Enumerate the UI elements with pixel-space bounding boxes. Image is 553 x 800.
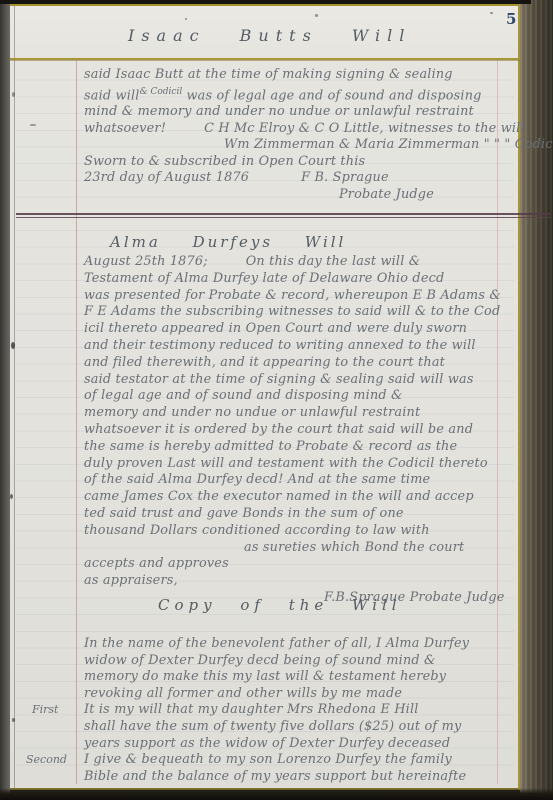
text-line-content: as appraisers, — [84, 573, 178, 588]
ink-speck — [10, 494, 13, 499]
text-line-content: F E Adams the subscribing witnesses to s… — [84, 304, 500, 319]
text-line: as appraisers, — [84, 573, 520, 590]
date-text: 23rd day of August 1876 — [84, 170, 249, 185]
text-line: came James Cox the executor named in the… — [84, 489, 520, 506]
ink-speck — [185, 18, 187, 20]
text-line: ted said trust and gave Bonds in the sum… — [84, 506, 520, 523]
text-line-content: revoking all former and other wills by m… — [84, 686, 402, 701]
text-line-content: came James Cox the executor named in the… — [84, 489, 474, 504]
text-line: Wm Zimmerman & Maria Zimmerman " " " Cod… — [84, 137, 520, 154]
date-text: August 25th 1876; — [84, 254, 208, 269]
text-line: memory and under no undue or unlawful re… — [84, 405, 520, 422]
text-line-content: was presented for Probate & record, wher… — [84, 288, 501, 303]
text-line: said Isaac Butt at the time of making si… — [84, 67, 520, 84]
ink-speck — [11, 342, 15, 349]
text-line-content: accepts and approves — [84, 556, 229, 571]
text-line: whatsoever it is ordered by the court th… — [84, 422, 520, 439]
book-binding-edge — [0, 0, 10, 800]
text-line-content: said testator at the time of signing & s… — [84, 372, 474, 387]
text-line: shall have the sum of twenty five dollar… — [84, 719, 520, 736]
text-line-content: whatsoever! — [84, 121, 166, 136]
ink-speck — [315, 14, 318, 17]
text-line: and filed therewith, and it appearing to… — [84, 355, 520, 372]
text-line-content: duly proven Last will and testament with… — [84, 456, 488, 471]
text-line-content: thousand Dollars conditioned according t… — [84, 523, 430, 538]
margin-note-second: Second — [26, 753, 67, 766]
text-line: of the said Alma Durfey decd! And at the… — [84, 472, 520, 489]
text-line: 23rd day of August 1876F B. Sprague — [84, 170, 520, 187]
text-line: as sureties which Bond the court — [84, 540, 520, 557]
text-line: widow of Dexter Durfey decd being of sou… — [84, 653, 520, 670]
codicil-witnesses-note: Wm Zimmerman & Maria Zimmerman " " " Cod… — [224, 137, 553, 152]
text-line: memory do make this my last will & testa… — [84, 669, 520, 686]
text-line: whatsoever!C H Mc Elroy & C O Little, wi… — [84, 121, 520, 138]
text-line-content: I give & bequeath to my son Lorenzo Durf… — [84, 752, 452, 767]
section1-title: Isaac Butts Will — [128, 26, 411, 45]
text-line: It is my will that my daughter Mrs Rhedo… — [84, 702, 520, 719]
ledger-page: 5 Isaac Butts Will said Isaac Butt at th… — [10, 4, 520, 790]
text-line-content: Bible and the balance of my years suppor… — [84, 769, 466, 784]
witnesses-note: C H Mc Elroy & C O Little, witnesses to … — [204, 121, 525, 136]
text-line: August 25th 1876;On this day the last wi… — [84, 254, 520, 271]
text-line-content: said will — [84, 88, 140, 103]
text-line-content: shall have the sum of twenty five dollar… — [84, 719, 461, 734]
record-book-photo: 5 Isaac Butts Will said Isaac Butt at th… — [0, 0, 553, 800]
judge-signature: F B. Sprague — [301, 170, 389, 185]
section2-title: Alma Durfeys Will — [110, 233, 346, 251]
text-line: duly proven Last will and testament with… — [84, 456, 520, 473]
text-line: said will& Codicil was of legal age and … — [84, 84, 520, 105]
text-line-content: was of legal age and of sound and dispos… — [182, 88, 481, 103]
ink-speck — [12, 718, 15, 722]
left-margin-rule — [76, 60, 77, 784]
text-line-content: In the name of the benevolent father of … — [84, 636, 469, 651]
text-line: Sworn to & subscribed in Open Court this — [84, 154, 520, 171]
text-line: Testament of Alma Durfey late of Delawar… — [84, 271, 520, 288]
text-line-content: and filed therewith, and it appearing to… — [84, 355, 445, 370]
page-fold-line — [14, 6, 15, 788]
text-line: the same is hereby admitted to Probate &… — [84, 439, 520, 456]
text-line-content: widow of Dexter Durfey decd being of sou… — [84, 653, 436, 668]
text-line: Bible and the balance of my years suppor… — [84, 769, 520, 786]
text-line-content: It is my will that my daughter Mrs Rhedo… — [84, 702, 419, 717]
text-line-content: icil thereto appeared in Open Court and … — [84, 321, 467, 336]
section3-title: Copy of the Will — [158, 596, 402, 614]
book-pages-edge — [520, 0, 553, 800]
text-line-content: Testament of Alma Durfey late of Delawar… — [84, 271, 444, 286]
text-line: said testator at the time of signing & s… — [84, 372, 520, 389]
section-divider-rule — [16, 213, 550, 219]
text-line: accepts and approves — [84, 556, 520, 573]
text-line-content: of legal age and of sound and disposing … — [84, 388, 403, 403]
text-line-content: whatsoever it is ordered by the court th… — [84, 422, 473, 437]
text-line: icil thereto appeared in Open Court and … — [84, 321, 520, 338]
text-line: and their testimony reduced to writing a… — [84, 338, 520, 355]
text-line-content: Sworn to & subscribed in Open Court this — [84, 154, 365, 169]
text-line-content: On this day the last will & — [246, 254, 421, 269]
section1-body: said Isaac Butt at the time of making si… — [84, 67, 520, 203]
text-line-content: mind & memory and under no undue or unla… — [84, 104, 474, 119]
text-line-content: said Isaac Butt at the time of making si… — [84, 67, 453, 82]
page-number: 5 — [506, 10, 516, 28]
header-gilt-rule — [10, 58, 520, 60]
text-line: F E Adams the subscribing witnesses to s… — [84, 304, 520, 321]
text-line: In the name of the benevolent father of … — [84, 636, 520, 653]
text-line-content: the same is hereby admitted to Probate &… — [84, 439, 457, 454]
text-line: thousand Dollars conditioned according t… — [84, 523, 520, 540]
interlinear-insertion: & Codicil — [140, 87, 183, 97]
text-line: years support as the widow of Dexter Dur… — [84, 736, 520, 753]
text-line-content: ted said trust and gave Bonds in the sum… — [84, 506, 404, 521]
section2-body: August 25th 1876;On this day the last wi… — [84, 254, 520, 607]
ink-speck — [12, 92, 15, 97]
page-bottom-shadow — [0, 788, 553, 800]
text-line-content: years support as the widow of Dexter Dur… — [84, 736, 450, 751]
judge-title: Probate Judge — [339, 187, 434, 202]
text-line: I give & bequeath to my son Lorenzo Durf… — [84, 752, 520, 769]
text-line: mind & memory and under no undue or unla… — [84, 104, 520, 121]
margin-note-first: First — [32, 703, 58, 716]
text-line: was presented for Probate & record, wher… — [84, 288, 520, 305]
text-line-content: of the said Alma Durfey decd! And at the… — [84, 472, 430, 487]
text-line: revoking all former and other wills by m… — [84, 686, 520, 703]
ink-speck — [30, 124, 36, 126]
text-line: of legal age and of sound and disposing … — [84, 388, 520, 405]
text-line-content: as sureties which Bond the court — [244, 540, 464, 555]
section3-body: In the name of the benevolent father of … — [84, 636, 520, 785]
text-line-content: memory do make this my last will & testa… — [84, 669, 446, 684]
text-line: Probate Judge — [84, 187, 520, 204]
text-line-content: memory and under no undue or unlawful re… — [84, 405, 420, 420]
ink-speck — [490, 12, 493, 14]
text-line-content: and their testimony reduced to writing a… — [84, 338, 476, 353]
